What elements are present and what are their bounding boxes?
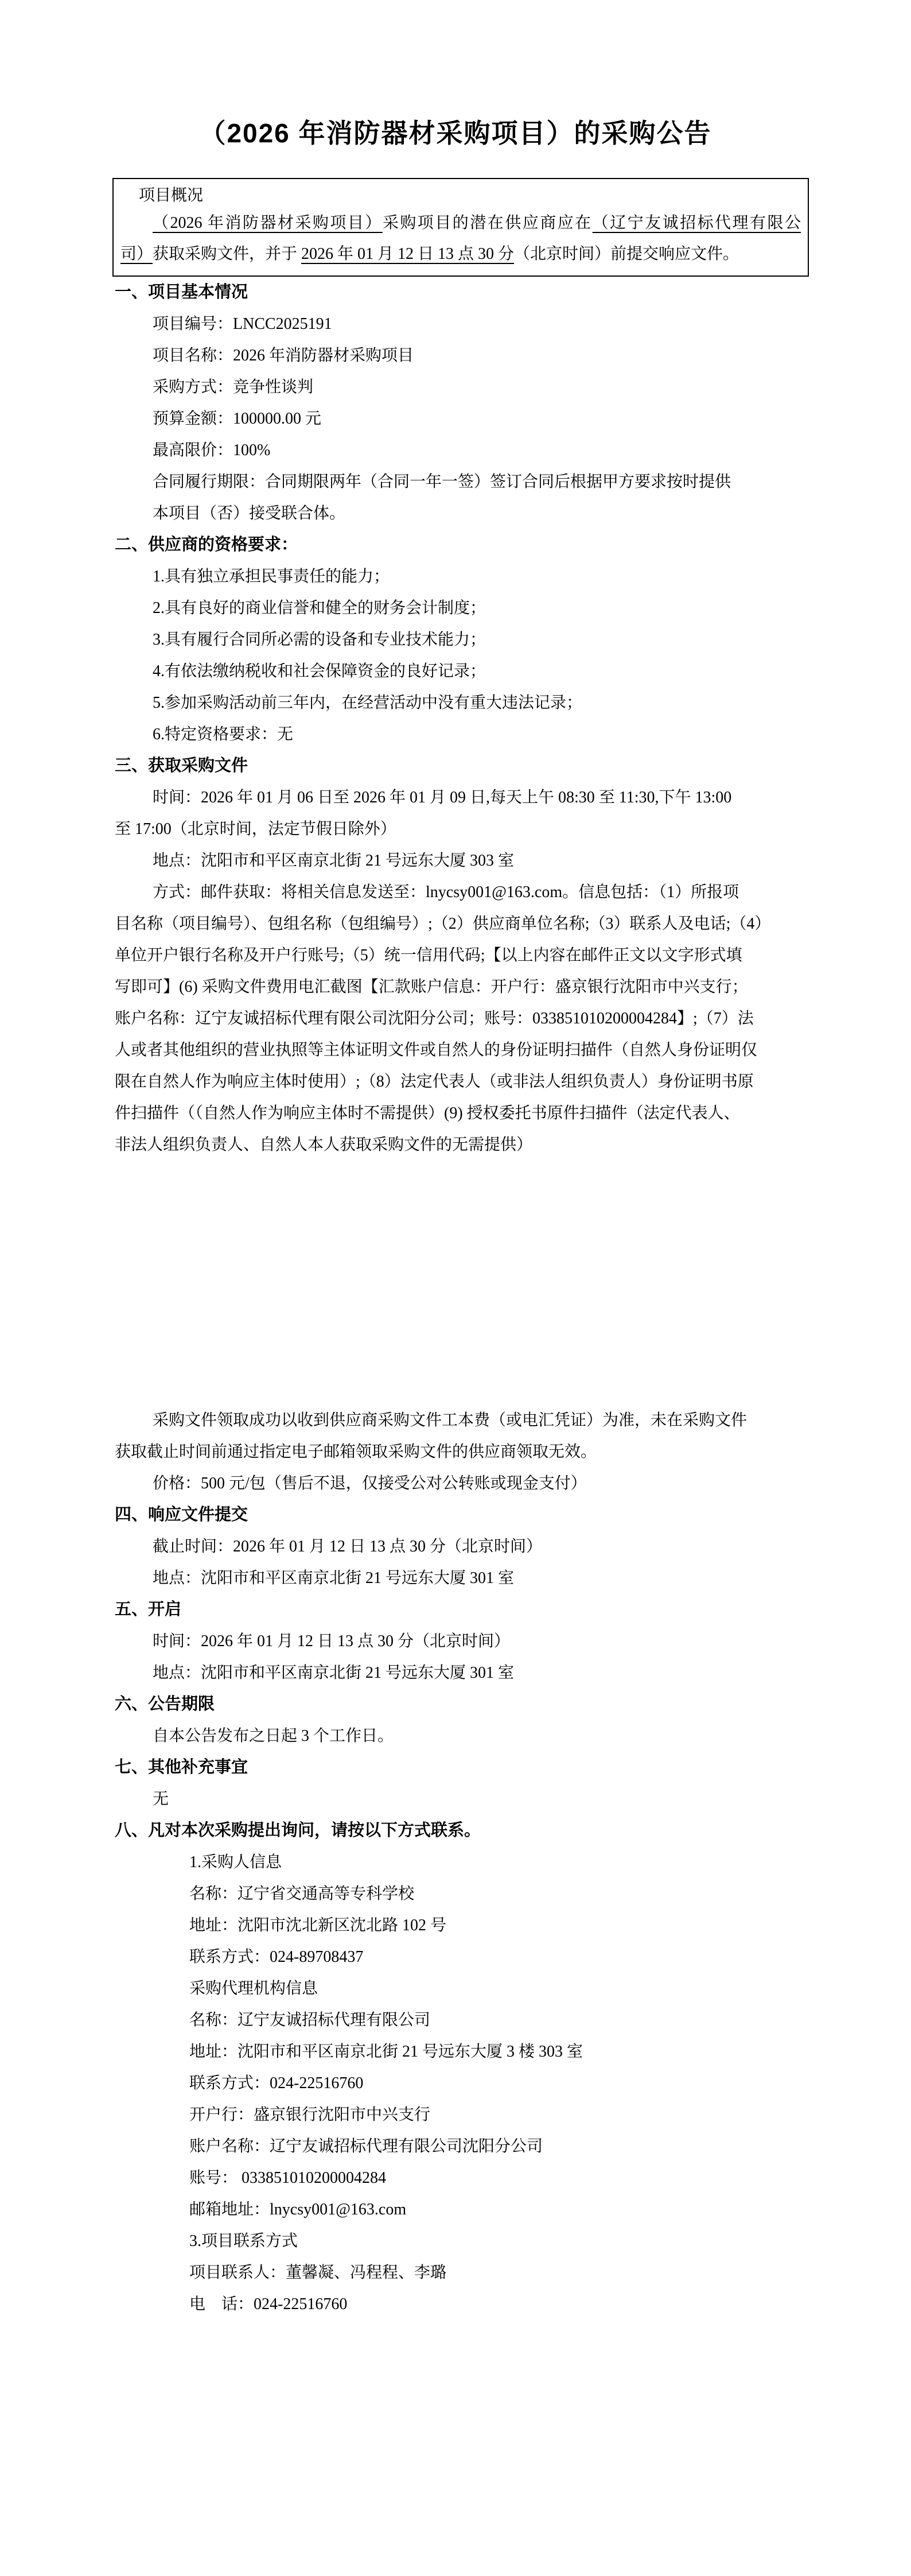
document-page: （2026 年消防器材采购项目）的采购公告 项目概况 （2026 年消防器材采购… (0, 0, 911, 2576)
section-heading: 四、响应文件提交 (115, 1499, 810, 1531)
document-line: 名称：辽宁友诚招标代理有限公司 (115, 2004, 810, 2036)
overview-paragraph-segment: （辽宁友诚招标代理有限公 (593, 214, 801, 232)
document-line: 写即可】(6) 采购文件费用电汇截图【汇款账户信息：开户行：盛京银行沈阳市中兴支… (115, 971, 810, 1003)
document-line: 联系方式：024-22516760 (115, 2067, 810, 2099)
overview-paragraph-line-1: （2026 年消防器材采购项目）采购项目的潜在供应商应在（辽宁友诚招标代理有限公 (120, 208, 801, 239)
section-heading: 三、获取采购文件 (115, 750, 810, 782)
section-heading: 六、公告期限 (115, 1689, 810, 1720)
document-line: 方式：邮件获取：将相关信息发送至：lnycsy001@163.com。信息包括：… (115, 876, 810, 908)
document-line: 获取截止时间前通过指定电子邮箱领取采购文件的供应商领取无效。 (115, 1436, 810, 1468)
document-line: 4.有依法缴纳税收和社会保障资金的良好记录； (115, 655, 810, 687)
gap-spacer (115, 1161, 810, 1405)
section-heading: 二、供应商的资格要求： (115, 529, 810, 561)
document-line: 件扫描件（（自然人作为响应主体时不需提供）(9) 授权委托书原件扫描件（法定代表… (115, 1097, 810, 1129)
overview-box-label: 项目概况 (120, 184, 801, 208)
document-line: 时间：2026 年 01 月 06 日至 2026 年 01 月 09 日,每天… (115, 782, 810, 813)
document-line: 目名称（项目编号）、包组名称（包组编号）;（2）供应商单位名称;（3）联系人及电… (115, 908, 810, 940)
document-line: 2.具有良好的商业信誉和健全的财务会计制度； (115, 592, 810, 624)
document-line: 本项目（否）接受联合体。 (115, 498, 810, 529)
document-line: 账号： 033851010200004284 (115, 2162, 810, 2194)
document-line: 5.参加采购活动前三年内，在经营活动中没有重大违法记录； (115, 687, 810, 719)
document-line: 名称：辽宁省交通高等专科学校 (115, 1878, 810, 1910)
document-title: （2026 年消防器材采购项目）的采购公告 (0, 0, 911, 156)
overview-paragraph-segment: （2026 年消防器材采购项目） (153, 214, 383, 232)
document-line: 地点：沈阳市和平区南京北街 21 号远东大厦 301 室 (115, 1657, 810, 1689)
section-heading: 七、其他补充事宜 (115, 1752, 810, 1783)
document-line: 预算金额：100000.00 元 (115, 403, 810, 434)
overview-paragraph-segment: 2026 年 01 月 12 日 13 点 30 分 (301, 245, 514, 263)
document-line: 自本公告发布之日起 3 个工作日。 (115, 1720, 810, 1752)
document-line: 地点：沈阳市和平区南京北街 21 号远东大厦 303 室 (115, 845, 810, 876)
overview-paragraph-line-2: 司）获取采购文件，并于 2026 年 01 月 12 日 13 点 30 分（北… (120, 239, 801, 270)
overview-paragraph-segment: 采购项目的潜在供应商应在 (383, 214, 593, 232)
section-heading: 五、开启 (115, 1594, 810, 1625)
section-heading: 一、项目基本情况 (115, 277, 810, 308)
document-line: 电 话：024-22516760 (115, 2288, 810, 2320)
document-body: 一、项目基本情况项目编号：LNCC2025191项目名称：2026 年消防器材采… (115, 277, 810, 2320)
document-line: 至 17:00（北京时间，法定节假日除外） (115, 813, 810, 845)
document-line: 时间：2026 年 01 月 12 日 13 点 30 分（北京时间） (115, 1625, 810, 1657)
document-line: 采购代理机构信息 (115, 1973, 810, 2004)
document-line: 项目编号：LNCC2025191 (115, 308, 810, 340)
document-line: 地址：沈阳市和平区南京北街 21 号远东大厦 3 楼 303 室 (115, 2036, 810, 2067)
overview-paragraph-segment: 司） (120, 245, 153, 263)
overview-paragraph-segment: 获取采购文件，并于 (153, 245, 301, 263)
document-line: 限在自然人作为响应主体时使用）;（8）法定代表人（或非法人组织负责人）身份证明书… (115, 1066, 810, 1097)
document-line: 采购文件领取成功以收到供应商采购文件工本费（或电汇凭证）为准，未在采购文件 (115, 1405, 810, 1436)
document-line: 开户行：盛京银行沈阳市中兴支行 (115, 2099, 810, 2131)
document-line: 联系方式：024-89708437 (115, 1941, 810, 1973)
overview-box: 项目概况 （2026 年消防器材采购项目）采购项目的潜在供应商应在（辽宁友诚招标… (112, 178, 809, 277)
section-heading: 八、凡对本次采购提出询问，请按以下方式联系。 (115, 1815, 810, 1846)
document-line: 项目名称：2026 年消防器材采购项目 (115, 340, 810, 371)
document-line: 3.具有履行合同所必需的设备和专业技术能力； (115, 624, 810, 655)
document-line: 人或者其他组织的营业执照等主体证明文件或自然人的身份证明扫描件（自然人身份证明仅 (115, 1034, 810, 1066)
overview-paragraph-segment: （北京时间）前提交响应文件。 (514, 245, 739, 263)
document-line: 1.采购人信息 (115, 1846, 810, 1878)
document-line: 最高限价：100% (115, 434, 810, 466)
document-line: 1.具有独立承担民事责任的能力； (115, 561, 810, 592)
document-line: 项目联系人：董馨凝、冯程程、李璐 (115, 2257, 810, 2288)
document-line: 账户名称：辽宁友诚招标代理有限公司沈阳分公司；账号：03385101020000… (115, 1003, 810, 1034)
document-line: 账户名称：辽宁友诚招标代理有限公司沈阳分公司 (115, 2131, 810, 2162)
document-line: 3.项目联系方式 (115, 2225, 810, 2257)
document-line: 地点：沈阳市和平区南京北街 21 号远东大厦 301 室 (115, 1562, 810, 1594)
document-line: 地址：沈阳市沈北新区沈北路 102 号 (115, 1910, 810, 1941)
document-line: 价格：500 元/包（售后不退，仅接受公对公转账或现金支付） (115, 1468, 810, 1499)
document-line: 合同履行期限：合同期限两年（合同一年一签）签订合同后根据甲方要求按时提供 (115, 466, 810, 498)
document-line: 单位开户银行名称及开户行账号;（5）统一信用代码;【以上内容在邮件正文以文字形式… (115, 940, 810, 971)
document-line: 邮箱地址：lnycsy001@163.com (115, 2194, 810, 2225)
document-line: 6.特定资格要求：无 (115, 719, 810, 750)
document-line: 非法人组织负责人、自然人本人获取采购文件的无需提供） (115, 1129, 810, 1161)
document-line: 采购方式：竞争性谈判 (115, 371, 810, 403)
document-line: 截止时间：2026 年 01 月 12 日 13 点 30 分（北京时间） (115, 1531, 810, 1562)
document-line: 无 (115, 1783, 810, 1815)
